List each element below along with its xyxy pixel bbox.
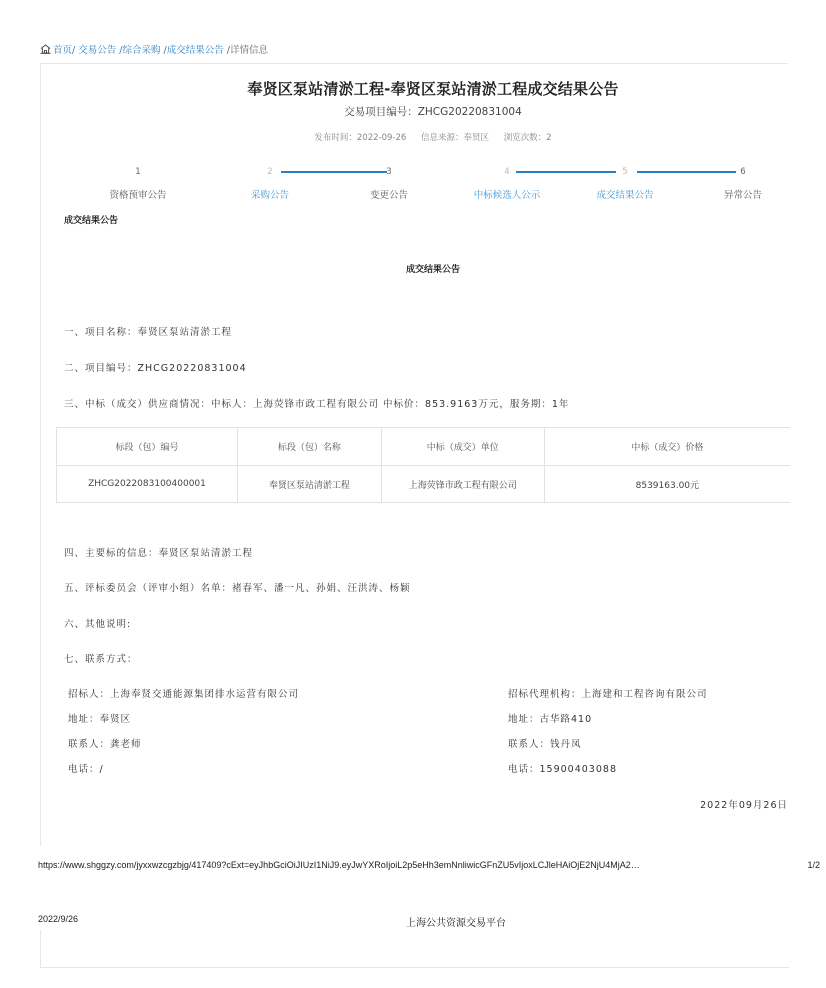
- step-label: 变更公告: [329, 187, 449, 201]
- print-site-title: 上海公共资源交易平台: [0, 914, 826, 929]
- step-candidates[interactable]: 4 中标候选人公示: [447, 166, 567, 201]
- content-panel-continued: [40, 930, 789, 968]
- column-header: 中标（成交）单位: [381, 428, 544, 466]
- buyer-phone: 电话：/: [68, 761, 104, 775]
- breadcrumb-comprehensive-procurement[interactable]: 综合采购: [123, 45, 161, 56]
- table-header-row: 标段（包）编号 标段（包）名称 中标（成交）单位 中标（成交）价格: [57, 428, 791, 466]
- step-label: 成交结果公告: [565, 187, 685, 201]
- step-result[interactable]: 5 成交结果公告: [565, 166, 685, 201]
- step-number: 2: [210, 166, 330, 178]
- step-change[interactable]: 3 变更公告: [329, 166, 449, 201]
- view-count: 浏览次数：2: [504, 133, 552, 143]
- section-heading: 成交结果公告: [64, 213, 118, 226]
- column-header: 标段（包）名称: [237, 428, 381, 466]
- page-title: 奉贤区泵站清淤工程-奉贤区泵站清淤工程成交结果公告: [40, 78, 826, 99]
- project-number-value: ZHCG20220831004: [418, 106, 522, 118]
- buyer-address: 地址：奉贤区: [68, 711, 131, 725]
- print-url: https://www.shggzy.com/jyxxwzcgzbjg/4174…: [38, 860, 640, 870]
- contact-heading: 七、联系方式：: [64, 651, 138, 665]
- result-table: 标段（包）编号 标段（包）名称 中标（成交）单位 中标（成交）价格 ZHCG20…: [56, 427, 790, 503]
- step-exception[interactable]: 6 异常公告: [683, 166, 803, 201]
- home-icon[interactable]: [40, 44, 51, 54]
- breadcrumb-home[interactable]: 首页: [53, 45, 72, 56]
- lot-number: ZHCG2022083100400001: [57, 466, 238, 503]
- publish-meta: 发布时间：2022-09-26 信息来源：奉贤区 浏览次数：2: [40, 131, 826, 143]
- breadcrumb-current: 详情信息: [230, 45, 268, 56]
- project-number: 交易项目编号：ZHCG20220831004: [40, 104, 826, 119]
- agent-name: 招标代理机构：上海建和工程咨询有限公司: [508, 686, 708, 700]
- agent-contact-person: 联系人：钱丹凤: [508, 736, 582, 750]
- publish-time: 发布时间：2022-09-26: [314, 133, 406, 143]
- announcement-steps: 1 资格预审公告 2 采购公告 3 变更公告 4 中标候选人公示 5 成交结果公…: [60, 166, 805, 206]
- step-prequalification[interactable]: 1 资格预审公告: [78, 166, 198, 201]
- step-number: 6: [683, 166, 803, 178]
- step-label: 中标候选人公示: [447, 187, 567, 201]
- winner-info: 三、中标（成交）供应商情况：中标人：上海荧锋市政工程有限公司 中标价：853.9…: [64, 396, 569, 410]
- table-row: ZHCG2022083100400001 奉贤区泵站清淤工程 上海荧锋市政工程有…: [57, 466, 791, 503]
- agent-address: 地址：古华路410: [508, 711, 592, 725]
- main-subject-info: 四、主要标的信息：奉贤区泵站清淤工程: [64, 545, 253, 559]
- project-code: 二、项目编号：ZHCG20220831004: [64, 360, 247, 374]
- other-notes: 六、其他说明:: [64, 616, 131, 630]
- breadcrumb-separator: /: [72, 45, 75, 56]
- signature-date: 2022年09月26日: [700, 797, 788, 811]
- column-header: 中标（成交）价格: [544, 428, 790, 466]
- step-label: 异常公告: [683, 187, 803, 201]
- column-header: 标段（包）编号: [57, 428, 238, 466]
- lot-name: 奉贤区泵站清淤工程: [237, 466, 381, 503]
- buyer-name: 招标人：上海奉贤交通能源集团排水运营有限公司: [68, 686, 299, 700]
- breadcrumb-result-announcements[interactable]: 成交结果公告: [167, 45, 224, 56]
- document-heading: 成交结果公告: [40, 262, 826, 275]
- step-label: 资格预审公告: [78, 187, 198, 201]
- agent-phone: 电话：15900403088: [508, 761, 617, 775]
- breadcrumb-trade-announcements[interactable]: 交易公告: [78, 45, 116, 56]
- project-number-label: 交易项目编号：: [344, 106, 418, 118]
- info-source: 信息来源：奉贤区: [421, 133, 489, 143]
- committee-list: 五、评标委员会（评审小组）名单：褚春军、潘一凡、孙娟、汪洪涛、杨颖: [64, 580, 411, 594]
- project-name: 一、项目名称：奉贤区泵站清淤工程: [64, 324, 232, 338]
- print-page-number: 1/2: [807, 860, 820, 870]
- buyer-contact-person: 联系人：龚老师: [68, 736, 142, 750]
- winning-company: 上海荧锋市政工程有限公司: [381, 466, 544, 503]
- breadcrumb: 首页/ 交易公告 /综合采购 /成交结果公告 /详情信息: [40, 42, 268, 56]
- step-number: 1: [78, 166, 198, 178]
- step-procurement[interactable]: 2 采购公告: [210, 166, 330, 201]
- step-number: 3: [329, 166, 449, 178]
- step-label: 采购公告: [210, 187, 330, 201]
- step-number: 5: [565, 166, 685, 178]
- winning-price: 8539163.00元: [544, 466, 790, 503]
- step-number: 4: [447, 166, 567, 178]
